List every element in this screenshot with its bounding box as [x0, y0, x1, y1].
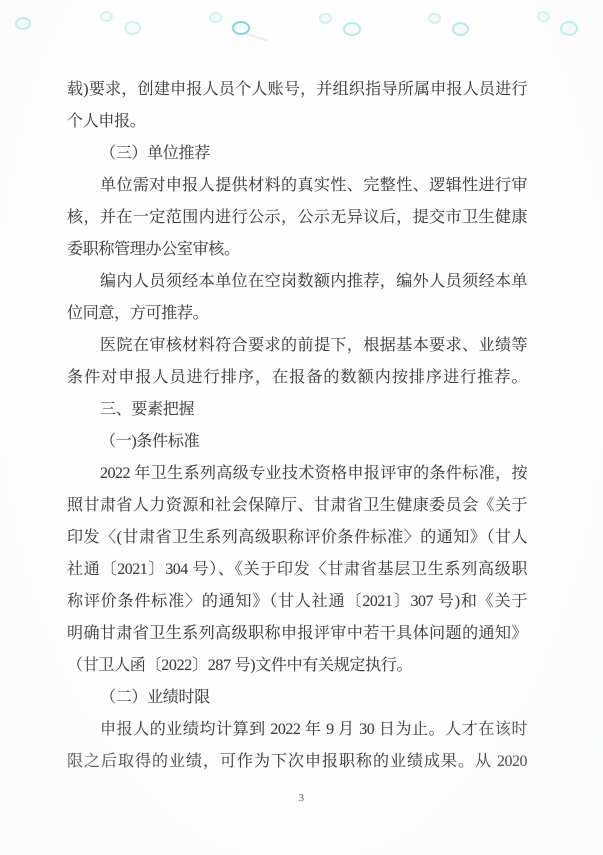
text-line: 编内人员须经本单位在空岗数额内推荐，编外人员须经本单 [67, 266, 527, 298]
section-heading-performance-period: （二）业绩时限 [67, 682, 527, 714]
scanned-document-page: 载)要求，创建申报人员个人账号，并组织指导所属申报人员进行 个人申报。 （三）单… [0, 0, 603, 855]
text-column: 载)要求，创建申报人员个人账号，并组织指导所属申报人员进行 个人申报。 （三）单… [67, 74, 527, 778]
text-line: 位同意，方可推荐。 [67, 298, 527, 330]
section-heading-key-elements: 三、要素把握 [67, 394, 527, 426]
scan-mark-icon [100, 11, 113, 22]
text-line: 核，并在一定范围内进行公示，公示无异议后，提交市卫生健康 [67, 202, 527, 234]
text-line: 单位需对申报人提供材料的真实性、完整性、逻辑性进行审 [67, 170, 527, 202]
scan-mark-icon [428, 13, 441, 24]
text-line: 社通〔2021〕304 号）、《关于印发〈甘肃省基层卫生系列高级职 [67, 554, 527, 586]
page-number: 3 [0, 792, 603, 804]
scan-mark-icon [319, 13, 332, 24]
text-line: 申报人的业绩均计算到 2022 年 9 月 30 日为止。人才在该时 [67, 714, 527, 746]
text-line: 委职称管理办公室审核。 [67, 234, 527, 266]
scan-mark-icon [537, 11, 550, 22]
scan-mark-icon [15, 17, 31, 30]
text-line: 2022 年卫生系列高级专业技术资格申报评审的条件标准，按 [67, 458, 527, 490]
section-heading-condition-standard: （一)条件标准 [67, 426, 527, 458]
text-line: 医院在审核材料符合要求的前提下，根据基本要求、业绩等 [67, 330, 527, 362]
scan-smudge [243, 32, 268, 42]
text-line: 个人申报。 [67, 106, 527, 138]
text-line: 印发〈(甘肃省卫生系列高级职称评价条件标准〉的通知》（甘人 [67, 522, 527, 554]
text-line: 明确甘肃省卫生系列高级职称申报评审中若干具体问题的通知》 [67, 618, 527, 650]
text-line: 照甘肃省人力资源和社会保障厅、甘肃省卫生健康委员会《关于 [67, 490, 527, 522]
section-heading-unit-recommendation: （三）单位推荐 [67, 138, 527, 170]
text-line: 限之后取得的业绩，可作为下次申报职称的业绩成果。从 2020 [67, 746, 527, 778]
scan-mark-icon [209, 12, 222, 23]
scan-mark-icon [452, 22, 469, 36]
scan-mark-icon [124, 21, 141, 35]
text-line: 称评价条件标准〉的通知》（甘人社通〔2021〕307 号)和《关于 [67, 586, 527, 618]
text-line: 载)要求，创建申报人员个人账号，并组织指导所属申报人员进行 [67, 74, 527, 106]
scan-mark-icon [343, 22, 361, 36]
scan-mark-icon [560, 21, 578, 36]
text-line: （甘卫人函〔2022〕287 号)文件中有关规定执行。 [67, 650, 527, 682]
text-line: 条件对申报人员进行排序，在报备的数额内按排序进行推荐。 [67, 362, 527, 394]
